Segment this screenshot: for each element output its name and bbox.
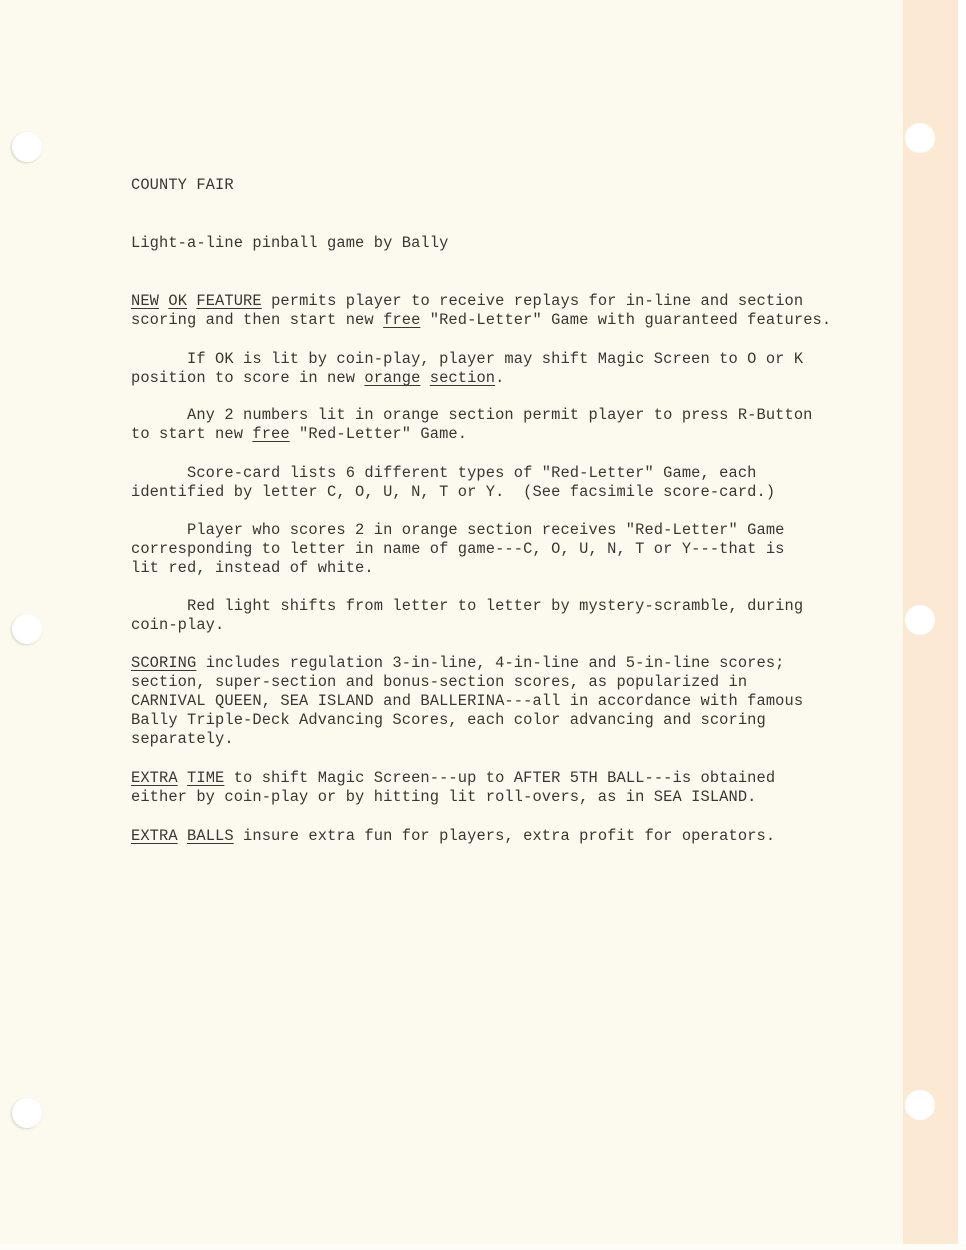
text-segment: to start new: [131, 425, 252, 443]
text-line: CARNIVAL QUEEN, SEA ISLAND and BALLERINA…: [131, 692, 803, 711]
text-segment: permits player to receive replays for in…: [262, 292, 803, 310]
text-segment: Red light shifts from letter to letter b…: [131, 597, 803, 615]
paragraph-new-ok-feature: NEW OK FEATURE permits player to receive…: [131, 292, 831, 330]
text-segment: Player who scores 2 in orange section re…: [131, 521, 785, 539]
text-line: EXTRA TIME to shift Magic Screen---up to…: [131, 769, 775, 788]
text-line: NEW OK FEATURE permits player to receive…: [131, 292, 831, 311]
underlined-text: free: [252, 425, 289, 443]
text-segment: [420, 369, 429, 387]
paragraph-extra-time: EXTRA TIME to shift Magic Screen---up to…: [131, 769, 775, 807]
punch-hole-icon: [905, 123, 935, 153]
text-segment: "Red-Letter" Game with guaranteed featur…: [420, 311, 831, 329]
text-line: separately.: [131, 730, 803, 749]
punch-hole-icon: [905, 1090, 935, 1120]
text-line: Any 2 numbers lit in orange section perm…: [131, 406, 813, 425]
text-segment: section, super-section and bonus-section…: [131, 673, 747, 691]
punch-hole-icon: [12, 614, 42, 644]
text-line: Score-card lists 6 different types of "R…: [131, 464, 775, 483]
paragraph-ok-lit: If OK is lit by coin-play, player may sh…: [131, 350, 803, 388]
paragraph-orange-section: Any 2 numbers lit in orange section perm…: [131, 406, 813, 444]
text-segment: CARNIVAL QUEEN, SEA ISLAND and BALLERINA…: [131, 692, 803, 710]
text-segment: identified by letter C, O, U, N, T or Y.…: [131, 483, 775, 501]
paragraph-scoring: SCORING includes regulation 3-in-line, 4…: [131, 654, 803, 749]
text-segment: includes regulation 3-in-line, 4-in-line…: [196, 654, 784, 672]
text-segment: [159, 292, 168, 310]
text-line: Player who scores 2 in orange section re…: [131, 521, 785, 540]
document-subtitle: Light-a-line pinball game by Bally: [131, 234, 448, 253]
text-line: position to score in new orange section.: [131, 369, 803, 388]
paragraph-score-card: Score-card lists 6 different types of "R…: [131, 464, 775, 502]
text-line: identified by letter C, O, U, N, T or Y.…: [131, 483, 775, 502]
text-line: to start new free "Red-Letter" Game.: [131, 425, 813, 444]
text-segment: [178, 827, 187, 845]
text-segment: Score-card lists 6 different types of "R…: [131, 464, 757, 482]
text-segment: scoring and then start new: [131, 311, 383, 329]
underlined-text: BALLS: [187, 827, 234, 845]
underlined-text: FEATURE: [196, 292, 261, 310]
text-line: SCORING includes regulation 3-in-line, 4…: [131, 654, 803, 673]
underlined-text: orange: [364, 369, 420, 387]
text-line: corresponding to letter in name of game-…: [131, 540, 785, 559]
text-line: scoring and then start new free "Red-Let…: [131, 311, 831, 330]
text-segment: corresponding to letter in name of game-…: [131, 540, 785, 558]
text-line: Bally Triple-Deck Advancing Scores, each…: [131, 711, 803, 730]
text-line: section, super-section and bonus-section…: [131, 673, 803, 692]
underlined-text: NEW: [131, 292, 159, 310]
punch-hole-icon: [12, 1098, 42, 1128]
text-segment: insure extra fun for players, extra prof…: [234, 827, 775, 845]
paragraph-red-light: Red light shifts from letter to letter b…: [131, 597, 803, 635]
punch-hole-icon: [12, 132, 42, 162]
page-edge: [958, 0, 966, 1250]
underlined-text: TIME: [187, 769, 224, 787]
page-edge-bottom: [0, 1244, 966, 1250]
underlined-text: section: [430, 369, 495, 387]
text-segment: either by coin-play or by hitting lit ro…: [131, 788, 757, 806]
text-segment: .: [495, 369, 504, 387]
text-segment: If OK is lit by coin-play, player may sh…: [131, 350, 803, 368]
text-line: either by coin-play or by hitting lit ro…: [131, 788, 775, 807]
paragraph-extra-balls: EXTRA BALLS insure extra fun for players…: [131, 827, 775, 846]
text-line: If OK is lit by coin-play, player may sh…: [131, 350, 803, 369]
document-title: COUNTY FAIR: [131, 176, 234, 195]
text-segment: Bally Triple-Deck Advancing Scores, each…: [131, 711, 766, 729]
text-line: Red light shifts from letter to letter b…: [131, 597, 803, 616]
text-segment: lit red, instead of white.: [131, 559, 374, 577]
text-segment: "Red-Letter" Game.: [290, 425, 467, 443]
text-line: EXTRA BALLS insure extra fun for players…: [131, 827, 775, 846]
text-line: coin-play.: [131, 616, 803, 635]
text-line: lit red, instead of white.: [131, 559, 785, 578]
underlined-text: SCORING: [131, 654, 196, 672]
underlined-text: EXTRA: [131, 827, 178, 845]
underlined-text: OK: [168, 292, 187, 310]
text-segment: position to score in new: [131, 369, 364, 387]
punch-hole-icon: [905, 605, 935, 635]
paragraph-red-letter-game: Player who scores 2 in orange section re…: [131, 521, 785, 578]
text-segment: separately.: [131, 730, 234, 748]
underlined-text: EXTRA: [131, 769, 178, 787]
underlined-text: free: [383, 311, 420, 329]
text-segment: Any 2 numbers lit in orange section perm…: [131, 406, 813, 424]
text-segment: [178, 769, 187, 787]
text-segment: to shift Magic Screen---up to AFTER 5TH …: [224, 769, 775, 787]
text-segment: coin-play.: [131, 616, 224, 634]
text-segment: [187, 292, 196, 310]
